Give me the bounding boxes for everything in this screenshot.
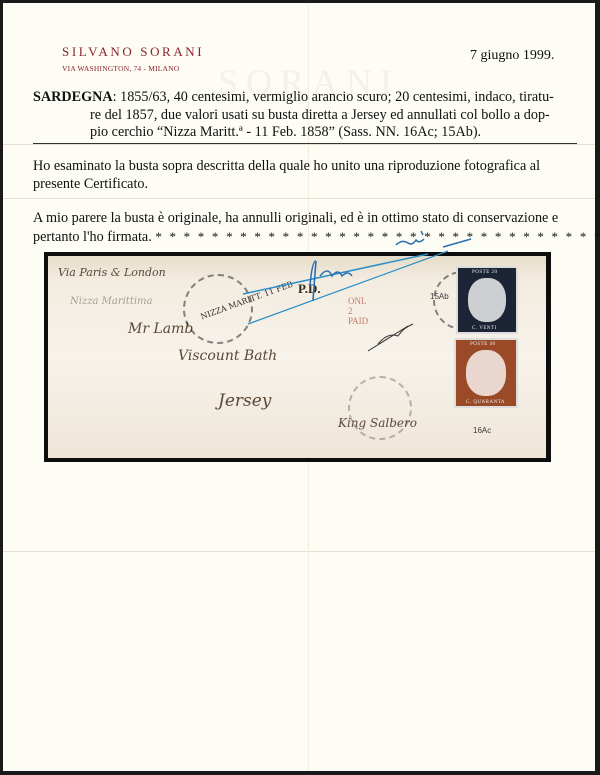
envelope-photo: Via Paris & London Nizza Marittima Mr La… [44, 252, 551, 462]
certificate-page: SORANI SILVANO SORANI VIA WASHINGTON, 74… [3, 3, 595, 771]
fold-line [3, 551, 595, 552]
expert-signature [48, 256, 546, 458]
envelope: Via Paris & London Nizza Marittima Mr La… [48, 256, 546, 458]
